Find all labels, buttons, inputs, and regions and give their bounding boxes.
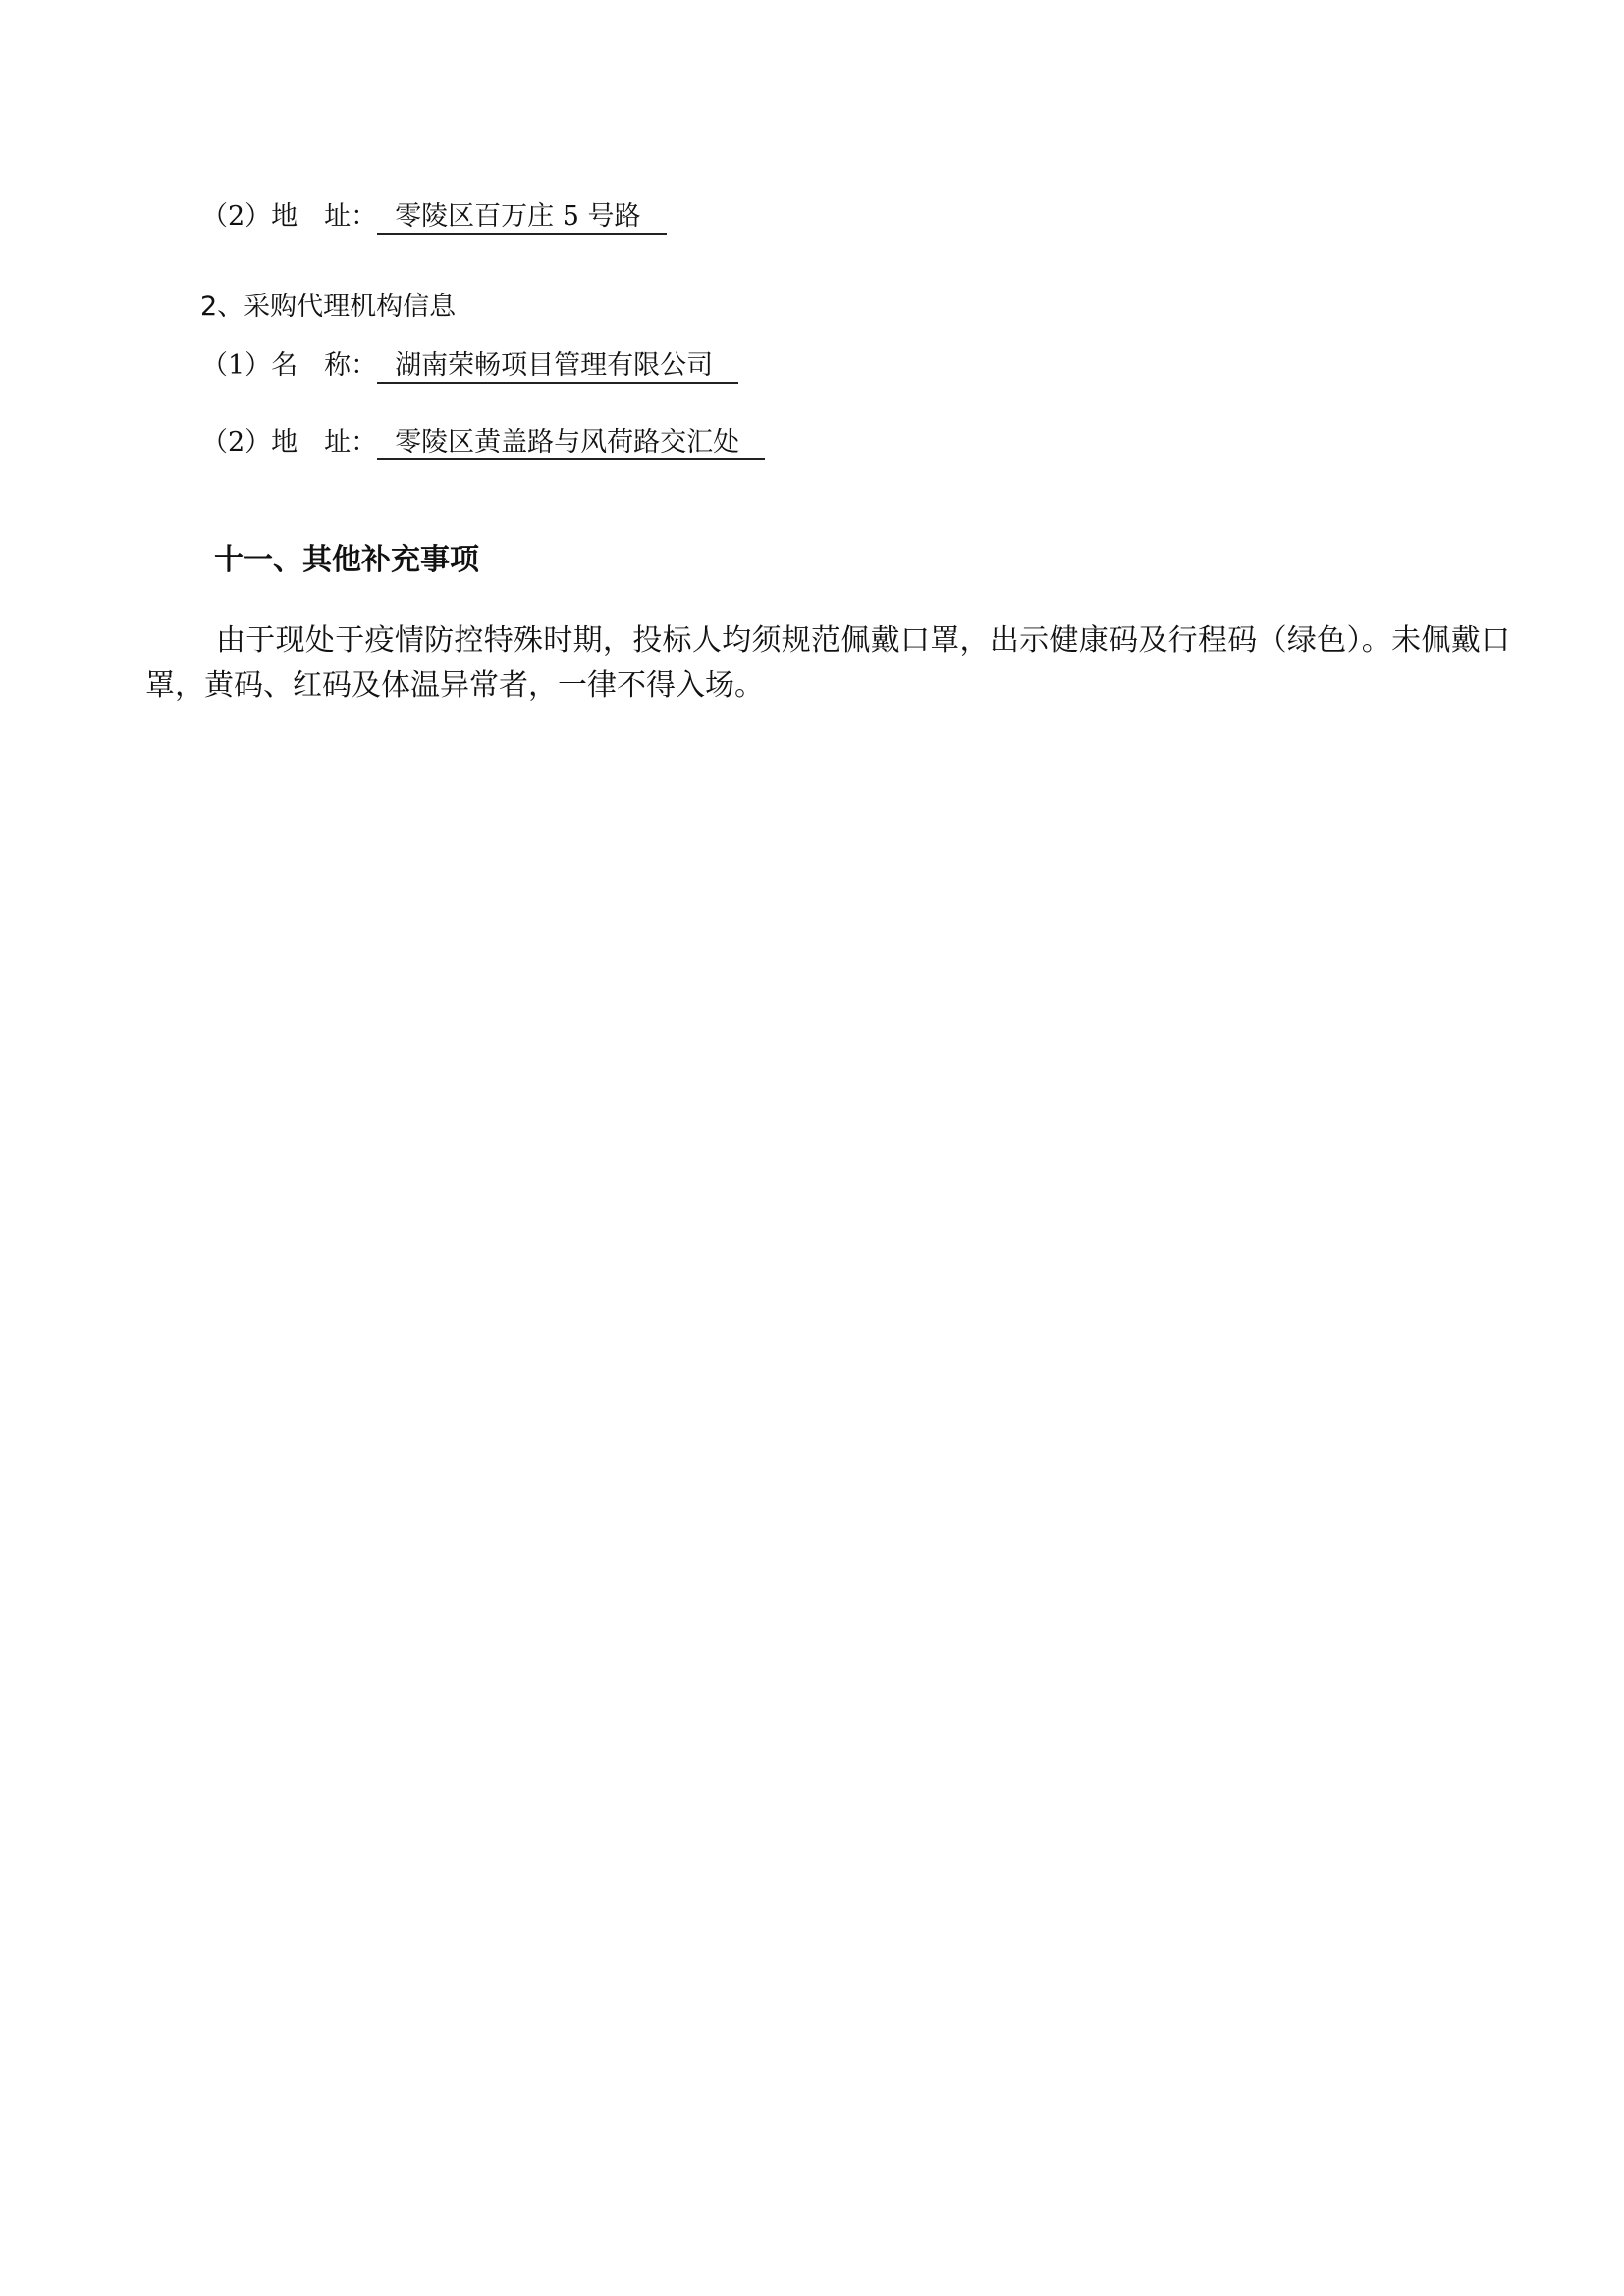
agency-address-label: （2）地 址： [201,426,377,459]
purchaser-address-label: （2）地 址： [201,200,377,234]
purchaser-address-value: 零陵区百万庄 5 号路 [377,201,666,235]
agency-address-row: （2）地 址：零陵区黄盖路与风荷路交汇处 [201,426,765,460]
agency-name-value: 湖南荣畅项目管理有限公司 [377,350,738,384]
section-heading-other-matters: 十一、其他补充事项 [214,542,479,579]
purchaser-address-row: （2）地 址：零陵区百万庄 5 号路 [201,200,667,235]
agency-info-heading: 2、采购代理机构信息 [200,291,456,324]
agency-address-value: 零陵区黄盖路与风荷路交汇处 [377,427,765,460]
agency-name-label: （1）名 称： [201,349,377,383]
agency-name-row: （1）名 称：湖南荣畅项目管理有限公司 [201,349,738,384]
section-paragraph-epidemic-notice: 由于现处于疫情防控特殊时期，投标人均须规范佩戴口罩，出示健康码及行程码（绿色）。… [145,618,1510,709]
